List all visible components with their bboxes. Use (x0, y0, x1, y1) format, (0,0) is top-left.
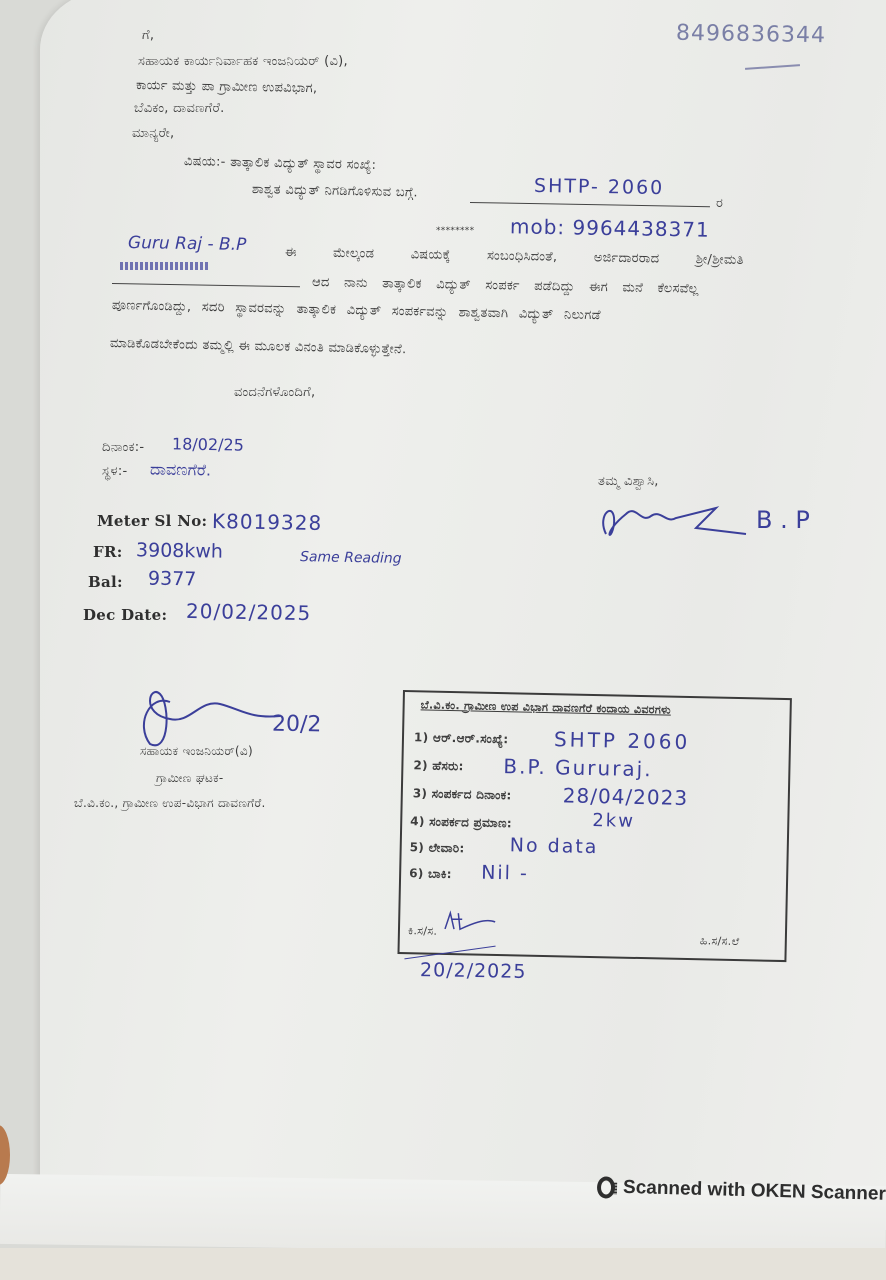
office-row-2-label: 2) ಹೆಸರು: (413, 758, 464, 774)
subject-suffix: ರ (716, 196, 723, 211)
office-row-6-label: 6) ಬಾಕಿ: (409, 866, 452, 882)
office-row-2-value: B.P. Gururaj. (503, 754, 653, 781)
svg-text:B . P: B . P (756, 506, 810, 534)
office-row-4-label: 4) ಸಂಪರ್ಕದ ಪ್ರಮಾಣ: (410, 814, 512, 831)
meter-serial-label: Meter Sl No: (97, 512, 207, 530)
office-row-6-value: Nil - (481, 862, 529, 885)
meter-serial-value: K8019328 (212, 509, 323, 535)
dec-date-label: Dec Date: (83, 606, 167, 624)
address-line3: ಬೆವಿಕಂ, ದಾವಣಗೆರೆ. (134, 101, 225, 116)
balance-value: 9377 (148, 568, 197, 591)
place-label: ಸ್ಥಳ:- (102, 464, 128, 479)
subject-plant-number: SHTP- 2060 (534, 175, 665, 199)
office-row-3-label: 3) ಸಂಪರ್ಕದ ದಿನಾಂಕ: (413, 786, 512, 803)
address-to: ಗೆ, (142, 28, 154, 43)
engineer-title: ಸಹಾಯಕ ಇಂಜನಿಯರ್(ವಿ) (140, 744, 253, 759)
place-value: ದಾವಣಗೆರೆ. (150, 459, 211, 480)
subject-stars: ******** (436, 226, 474, 236)
office-initials-icon (440, 909, 501, 940)
engineer-signature-date: 20/2 (272, 712, 322, 738)
salutation: ಮಾನ್ಯರೇ, (132, 126, 174, 141)
date-value: 18/02/25 (172, 434, 244, 454)
applicant-mobile: mob: 9964438371 (510, 214, 710, 241)
applicant-signature-icon: B . P (596, 494, 846, 550)
office-row-4-value: 2kw (592, 810, 635, 832)
top-phone-number: 8496836344 (676, 21, 826, 49)
applicant-name-handwritten: Guru Raj - B.P (128, 233, 247, 255)
office-right-footer: ಹಿ.ಸ/ಸ.ಲೆ (700, 934, 740, 949)
address-line1: ಸಹಾಯಕ ಕಾರ್ಯನಿರ್ವಾಹಕ ಇಂಜನಿಯರ್ (ವಿ), (138, 54, 348, 69)
office-row-1-label: 1) ಆರ್.ಆರ್.ಸಂಖ್ಯೆ: (414, 730, 509, 747)
oken-logo-icon (597, 1176, 616, 1198)
fr-note: Same Reading (300, 549, 402, 567)
body-closing: ವಂದನೆಗಳೊಂದಿಗೆ, (234, 385, 315, 400)
fr-value: 3908kwh (136, 539, 223, 563)
date-label: ದಿನಾಂಕ:- (102, 440, 144, 455)
dec-date-value: 20/02/2025 (186, 599, 312, 625)
office-row-5-label: 5) ಲೇವಾರಿ: (410, 840, 465, 856)
office-row-1-value: SHTP 2060 (554, 727, 691, 754)
office-left-footer: ಕಿ.ಸ/ಸ. (408, 924, 438, 939)
office-row-3-value: 28/04/2023 (563, 783, 689, 810)
balance-label: Bal: (88, 573, 123, 591)
address-line2: ಕಾರ್ಯ ಮತ್ತು ಪಾ ಗ್ರಾಮೀಣ ಉಪವಿಭಾಗ, (136, 78, 318, 96)
office-details-box: ಬೆ.ವಿ.ಕಂ. ಗ್ರಾಮೀಣ ಉಪ ವಿಭಾಗ ದಾವಣಗೆರೆ ಕಂದಾ… (397, 690, 791, 962)
yours-faithfully: ತಮ್ಮ ವಿಶ್ವಾಸಿ, (598, 474, 659, 489)
scribbled-name (120, 262, 210, 270)
background-surface (0, 1248, 886, 1280)
engineer-unit: ಗ್ರಾಮೀಣ ಘಟಕ- (156, 771, 224, 786)
fr-label: FR: (93, 543, 123, 561)
engineer-office: ಬೆ.ವಿ.ಕಂ., ಗ್ರಾಮೀಣ ಉಪ-ವಿಭಾಗ ದಾವಣಗೆರೆ. (74, 796, 266, 811)
office-footer-date: 20/2/2025 (420, 959, 527, 983)
office-row-5-value: No data (510, 834, 599, 858)
office-box-heading: ಬೆ.ವಿ.ಕಂ. ಗ್ರಾಮೀಣ ಉಪ ವಿಭಾಗ ದಾವಣಗೆರೆ ಕಂದಾ… (421, 698, 672, 717)
